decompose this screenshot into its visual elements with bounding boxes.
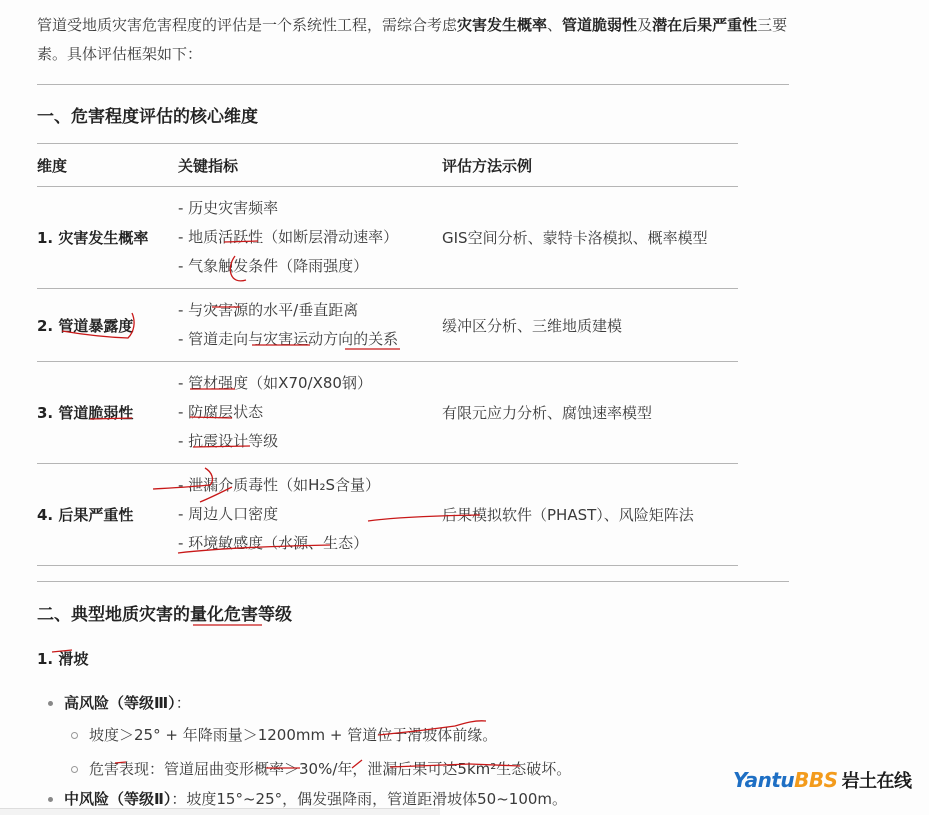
risk-level-list: 高风险（等级Ⅲ）： 坡度＞25° + 年降雨量＞1200mm + 管道位于滑坡体… xyxy=(37,692,789,810)
methods-cell: 缓冲区分析、三维地质建模 xyxy=(442,289,738,362)
document-page: 管道受地质灾害危害程度的评估是一个系统性工程，需综合考虑灾害发生概率、管道脆弱性… xyxy=(0,0,929,815)
dimension-cell: 2. 管道暴露度 xyxy=(37,289,178,362)
methods-cell: 有限元应力分析、腐蚀速率模型 xyxy=(442,362,738,464)
logo-yantu: Yantu xyxy=(733,768,794,792)
indicator-item: - 与灾害源的水平/垂直距离 xyxy=(178,296,442,325)
header-methods: 评估方法示例 xyxy=(442,144,738,187)
risk-label: 中风险（等级Ⅱ） xyxy=(64,790,171,808)
indicators-cell: - 管材强度（如X70/X80钢） - 防腐层状态 - 抗震设计等级 xyxy=(178,362,442,464)
intro-text: 管道受地质灾害危害程度的评估是一个系统性工程，需综合考虑 xyxy=(37,16,457,34)
intro-separator: 及 xyxy=(637,16,652,34)
yantubbs-watermark-logo: YantuBBS岩土在线 xyxy=(733,767,912,793)
bottom-edge-strip xyxy=(0,808,440,815)
methods-cell: 后果模拟软件（PHAST）、风险矩阵法 xyxy=(442,464,738,566)
indicator-item: - 管道走向与灾害运动方向的关系 xyxy=(178,325,442,354)
indicator-item: - 周边人口密度 xyxy=(178,500,442,529)
indicators-cell: - 历史灾害频率 - 地质活跃性（如断层滑动速率） - 气象触发条件（降雨强度） xyxy=(178,187,442,289)
dimension-cell: 3. 管道脆弱性 xyxy=(37,362,178,464)
divider xyxy=(37,84,789,85)
intro-separator: 、 xyxy=(547,16,562,34)
section1-heading: 一、危害程度评估的核心维度 xyxy=(37,106,789,128)
table-row: 4. 后果严重性 - 泄漏介质毒性（如H₂S含量） - 周边人口密度 - 环境敏… xyxy=(37,464,738,566)
logo-bbs: BBS xyxy=(794,768,837,792)
risk-label: 高风险（等级Ⅲ） xyxy=(64,694,176,712)
header-indicators: 关键指标 xyxy=(178,144,442,187)
indicator-item: - 防腐层状态 xyxy=(178,398,442,427)
logo-chinese: 岩土在线 xyxy=(842,771,912,792)
article-content: 管道受地质灾害危害程度的评估是一个系统性工程，需综合考虑灾害发生概率、管道脆弱性… xyxy=(37,0,789,815)
intro-bold-severity: 潜在后果严重性 xyxy=(652,16,757,34)
indicators-cell: - 泄漏介质毒性（如H₂S含量） - 周边人口密度 - 环境敏感度（水源、生态） xyxy=(178,464,442,566)
dimension-cell: 1. 灾害发生概率 xyxy=(37,187,178,289)
dimensions-table: 维度 关键指标 评估方法示例 1. 灾害发生概率 - 历史灾害频率 - 地质活跃… xyxy=(37,143,738,566)
methods-cell: GIS空间分析、蒙特卡洛模拟、概率模型 xyxy=(442,187,738,289)
dimension-cell: 4. 后果严重性 xyxy=(37,464,178,566)
divider xyxy=(37,581,789,582)
intro-bold-probability: 灾害发生概率 xyxy=(457,16,547,34)
table-header-row: 维度 关键指标 评估方法示例 xyxy=(37,144,738,187)
indicator-item: - 历史灾害频率 xyxy=(178,194,442,223)
list-item: 坡度＞25° + 年降雨量＞1200mm + 管道位于滑坡体前缘。 xyxy=(64,724,789,746)
indicators-cell: - 与灾害源的水平/垂直距离 - 管道走向与灾害运动方向的关系 xyxy=(178,289,442,362)
indicator-item: - 泄漏介质毒性（如H₂S含量） xyxy=(178,471,442,500)
indicator-item: - 管材强度（如X70/X80钢） xyxy=(178,369,442,398)
risk-suffix: ： xyxy=(176,694,191,712)
indicator-item: - 抗震设计等级 xyxy=(178,427,442,456)
section2-heading: 二、典型地质灾害的量化危害等级 xyxy=(37,604,789,626)
table-row: 2. 管道暴露度 - 与灾害源的水平/垂直距离 - 管道走向与灾害运动方向的关系… xyxy=(37,289,738,362)
subsection-heading-landslide: 1. 滑坡 xyxy=(37,648,789,670)
list-item-medium-risk: 中风险（等级Ⅱ）：坡度15°~25°，偶发强降雨，管道距滑坡体50~100m。 xyxy=(37,788,789,810)
table-row: 3. 管道脆弱性 - 管材强度（如X70/X80钢） - 防腐层状态 - 抗震设… xyxy=(37,362,738,464)
risk-detail-list: 坡度＞25° + 年降雨量＞1200mm + 管道位于滑坡体前缘。 危害表现：管… xyxy=(64,724,789,780)
risk-suffix: ：坡度15°~25°，偶发强降雨，管道距滑坡体50~100m。 xyxy=(171,790,567,808)
indicator-item: - 地质活跃性（如断层滑动速率） xyxy=(178,223,442,252)
table-row: 1. 灾害发生概率 - 历史灾害频率 - 地质活跃性（如断层滑动速率） - 气象… xyxy=(37,187,738,289)
header-dimension: 维度 xyxy=(37,144,178,187)
list-item: 危害表现：管道屈曲变形概率＞30%/年，泄漏后果可达5km²生态破坏。 xyxy=(64,758,789,780)
intro-bold-vulnerability: 管道脆弱性 xyxy=(562,16,637,34)
indicator-item: - 气象触发条件（降雨强度） xyxy=(178,252,442,281)
intro-paragraph: 管道受地质灾害危害程度的评估是一个系统性工程，需综合考虑灾害发生概率、管道脆弱性… xyxy=(37,0,789,69)
list-item-high-risk: 高风险（等级Ⅲ）： 坡度＞25° + 年降雨量＞1200mm + 管道位于滑坡体… xyxy=(37,692,789,780)
indicator-item: - 环境敏感度（水源、生态） xyxy=(178,529,442,558)
